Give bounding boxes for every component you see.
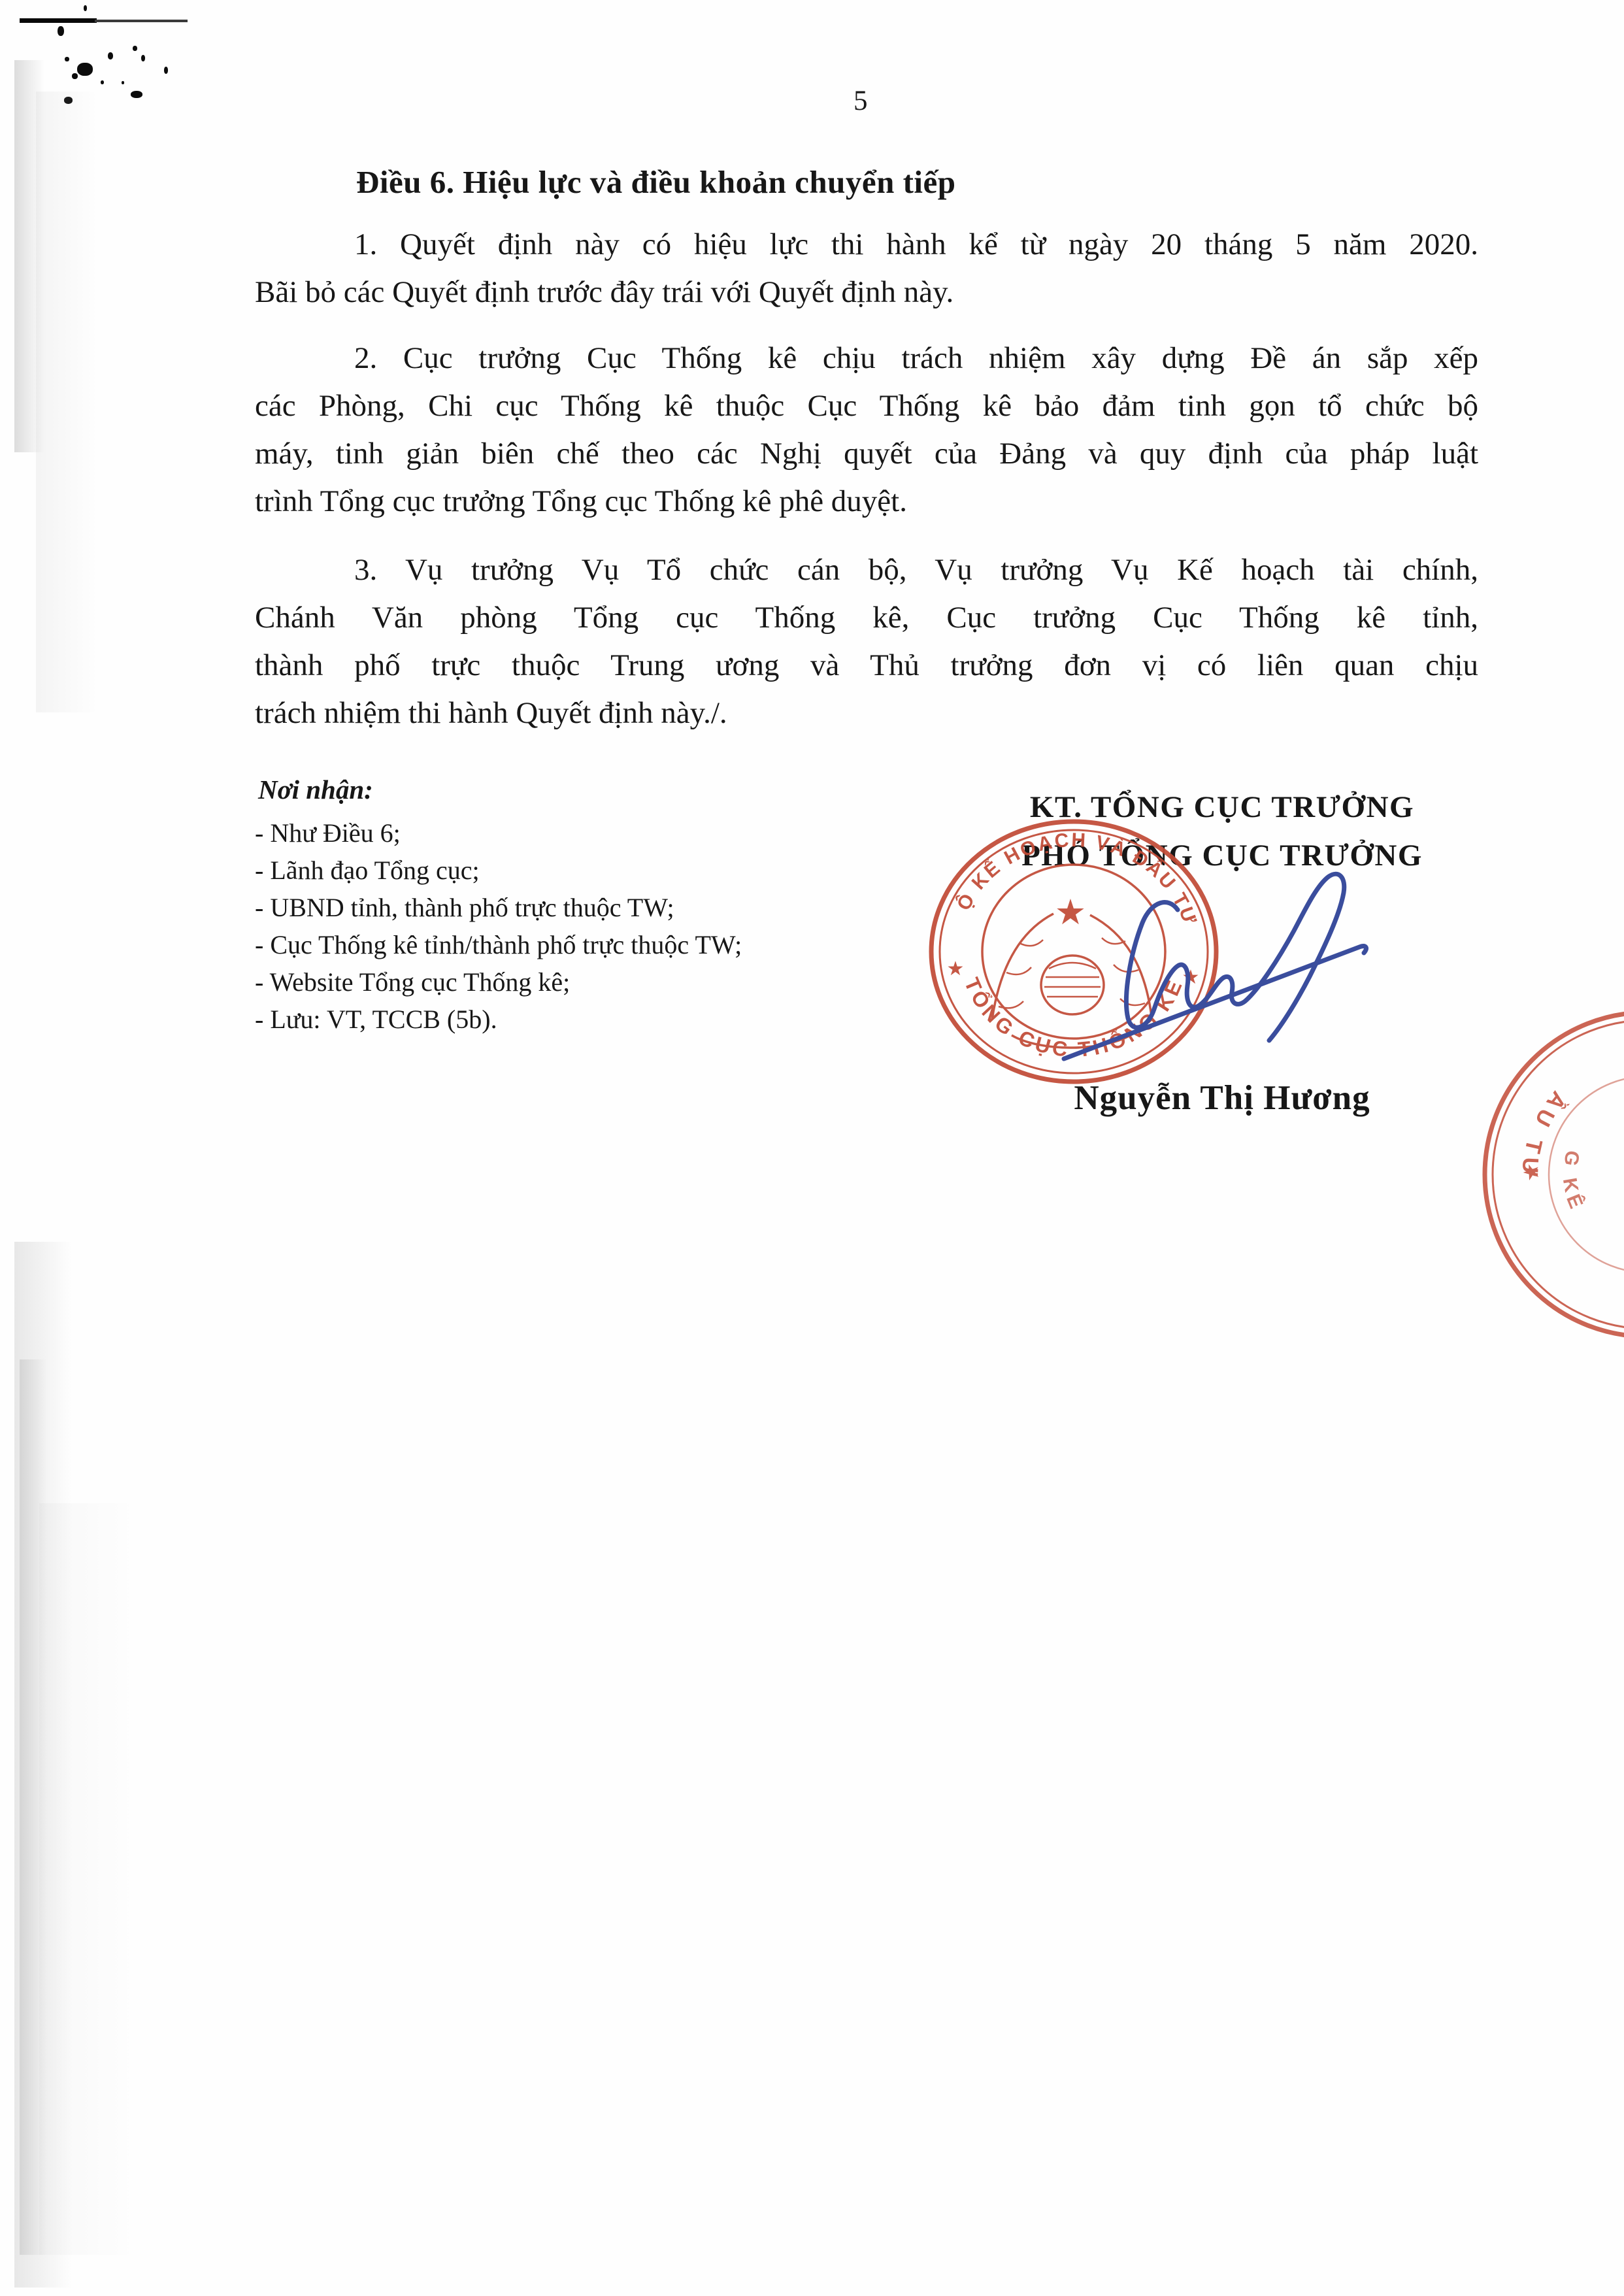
- section-heading: Điều 6. Hiệu lực và điều khoản chuyển ti…: [356, 163, 956, 201]
- scan-shadow: [14, 60, 44, 452]
- scan-artifact-line: [20, 18, 97, 23]
- ink-speck: [58, 26, 64, 36]
- paragraph-line: các Phòng, Chi cục Thống kê thuộc Cục Th…: [255, 382, 1478, 430]
- paragraph: 3. Vụ trưởng Vụ Tổ chức cán bộ, Vụ trưởn…: [255, 546, 1478, 737]
- partial-seal-text-inner: G KÊ: [1559, 1149, 1589, 1216]
- document-page: 5 Điều 6. Hiệu lực và điều khoản chuyển …: [0, 0, 1624, 2296]
- ink-speck: [77, 63, 93, 76]
- paragraph-line: thành phố trực thuộc Trung ương và Thủ t…: [255, 642, 1478, 690]
- paragraph: 1. Quyết định này có hiệu lực thi hành k…: [255, 221, 1478, 316]
- scan-shadow: [14, 1242, 72, 2288]
- signature-stroke: [1126, 874, 1344, 1040]
- ink-speck: [141, 55, 145, 61]
- paragraph-line: Chánh Văn phòng Tổng cục Thống kê, Cục t…: [255, 594, 1478, 642]
- paragraph-line: Bãi bỏ các Quyết định trước đây trái với…: [255, 269, 1478, 316]
- scan-shadow: [36, 92, 98, 712]
- paragraph-line: 3. Vụ trưởng Vụ Tổ chức cán bộ, Vụ trưởn…: [255, 546, 1478, 594]
- scan-artifact-line: [95, 20, 188, 22]
- ink-speck: [84, 5, 87, 11]
- ink-speck: [164, 67, 168, 74]
- ink-speck: [122, 81, 124, 84]
- scan-shadow: [20, 1359, 47, 2255]
- paragraph-line: máy, tinh giản biên chế theo các Nghị qu…: [255, 430, 1478, 478]
- ink-speck: [108, 52, 113, 59]
- recipient-item: - Cục Thống kê tỉnh/thành phố trực thuộc…: [255, 926, 742, 963]
- paragraph-line: trình Tổng cục trưởng Tổng cục Thống kê …: [255, 478, 1478, 525]
- ink-speck: [133, 46, 137, 51]
- ink-speck: [131, 91, 142, 98]
- signature-flourish: [1064, 946, 1367, 1059]
- recipient-item: - Website Tổng cục Thống kê;: [255, 963, 742, 1001]
- ink-speck: [65, 57, 69, 61]
- recipients-list: - Như Điều 6;- Lãnh đạo Tổng cục;- UBND …: [255, 814, 742, 1038]
- paragraph: 2. Cục trưởng Cục Thống kê chịu trách nh…: [255, 335, 1478, 525]
- paragraph-line: 1. Quyết định này có hiệu lực thi hành k…: [255, 221, 1478, 269]
- partial-seal: ẦU TƯ G KÊ ★: [1461, 1010, 1624, 1343]
- scan-shadow: [39, 1503, 137, 2255]
- seal-left-star-icon: ★: [947, 958, 965, 980]
- ink-speck: [72, 73, 78, 79]
- recipient-item: - UBND tỉnh, thành phố trực thuộc TW;: [255, 889, 742, 926]
- paragraph-line: 2. Cục trưởng Cục Thống kê chịu trách nh…: [255, 335, 1478, 382]
- page-number: 5: [853, 85, 868, 117]
- signer-name: Nguyễn Thị Hương: [980, 1078, 1464, 1118]
- ink-speck: [101, 80, 104, 84]
- recipient-item: - Lãnh đạo Tổng cục;: [255, 852, 742, 889]
- svg-text:G KÊ: G KÊ: [1559, 1149, 1589, 1216]
- handwritten-signature: [1039, 859, 1392, 1075]
- recipient-item: - Lưu: VT, TCCB (5b).: [255, 1001, 742, 1038]
- recipient-item: - Như Điều 6;: [255, 814, 742, 852]
- paragraph-line: trách nhiệm thi hành Quyết định này./.: [255, 690, 1478, 737]
- recipients-label: Nơi nhận:: [258, 774, 373, 805]
- ink-speck: [64, 97, 73, 104]
